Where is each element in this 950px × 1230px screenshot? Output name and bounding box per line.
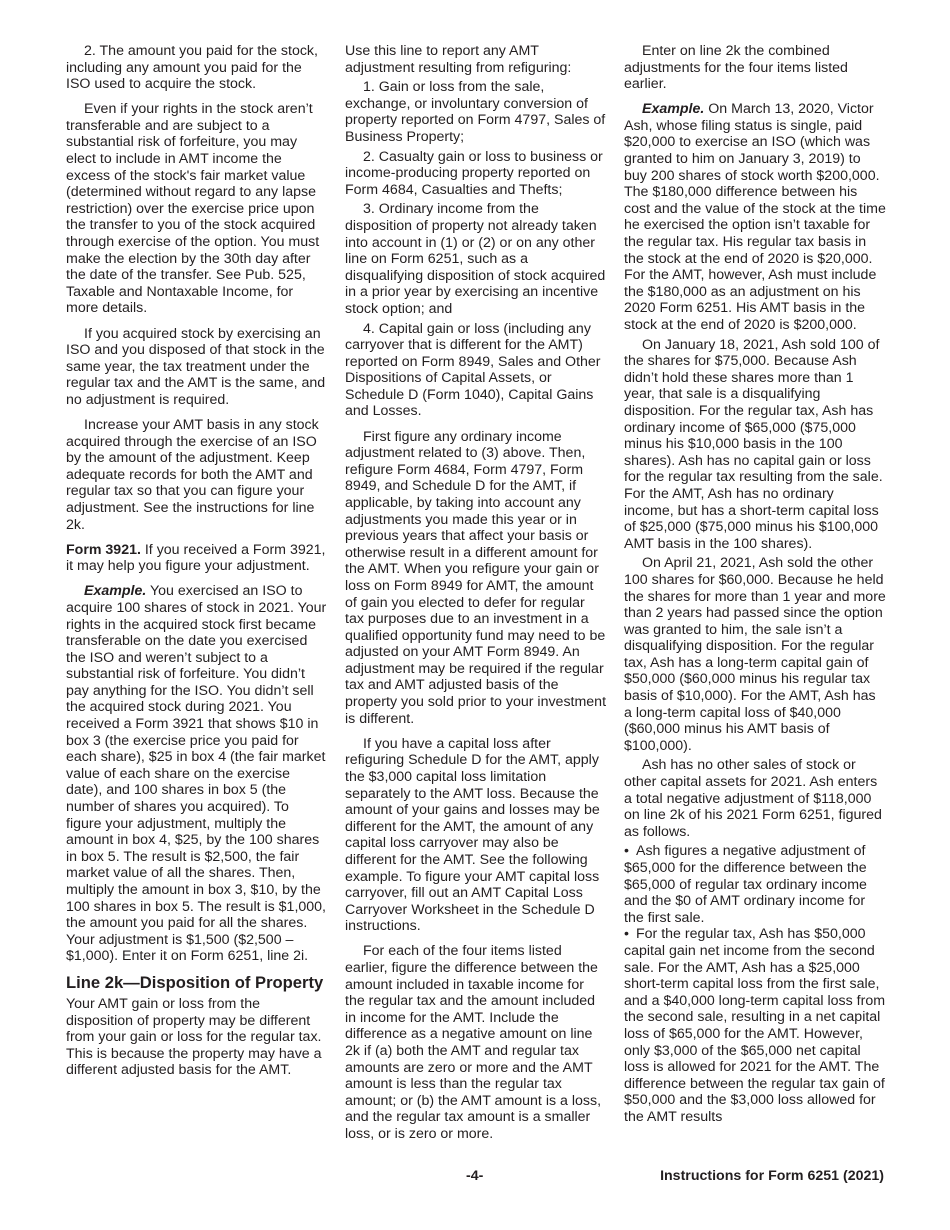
example-label: Example. bbox=[84, 583, 146, 599]
list-item-2: 2. Casualty gain or loss to business or … bbox=[345, 149, 607, 199]
list-item-3: 3. Ordinary income from the disposition … bbox=[345, 201, 607, 317]
bullet-item: •Ash figures a negative adjustment of $6… bbox=[624, 843, 886, 926]
page-number: -4- bbox=[466, 1168, 483, 1184]
paragraph-increase-basis: Increase your AMT basis in any stock acq… bbox=[66, 417, 328, 533]
section-heading-line-2k: Line 2k—Disposition of Property bbox=[66, 973, 328, 993]
form-3921-label: Form 3921. bbox=[66, 542, 141, 558]
example-text: You exercised an ISO to acquire 100 shar… bbox=[66, 583, 326, 964]
paragraph-no-other-sales: Ash has no other sales of stock or other… bbox=[624, 757, 886, 840]
column-1: 2. The amount you paid for the stock, in… bbox=[66, 43, 328, 1087]
paragraph-first-figure: First figure any ordinary income adjustm… bbox=[345, 429, 607, 728]
list-item-4: 4. Capital gain or loss (including any c… bbox=[345, 321, 607, 421]
paragraph-four-items: For each of the four items listed earlie… bbox=[345, 943, 607, 1142]
column-3: Enter on line 2k the combined adjustment… bbox=[624, 43, 886, 1126]
paragraph-enter-line-2k: Enter on line 2k the combined adjustment… bbox=[624, 43, 886, 93]
adjustment-bullet-list: •Ash figures a negative adjustment of $6… bbox=[624, 843, 886, 1125]
bullet-item: •For the regular tax, Ash has $50,000 ca… bbox=[624, 926, 886, 1125]
footer-title: Instructions for Form 6251 (2021) bbox=[660, 1168, 884, 1184]
paragraph-example-ash: Example. On March 13, 2020, Victor Ash, … bbox=[624, 101, 886, 333]
paragraph-form-3921: Form 3921. If you received a Form 3921, … bbox=[66, 542, 328, 575]
paragraph-capital-loss: If you have a capital loss after refigur… bbox=[345, 736, 607, 935]
list-item-1: 1. Gain or loss from the sale, exchange,… bbox=[345, 79, 607, 145]
bullet-icon: • bbox=[624, 843, 636, 860]
paragraph-same-year: If you acquired stock by exercising an I… bbox=[66, 326, 328, 409]
example-label: Example. bbox=[642, 101, 704, 117]
paragraph-january-sale: On January 18, 2021, Ash sold 100 of the… bbox=[624, 337, 886, 553]
example-text: On March 13, 2020, Victor Ash, whose fil… bbox=[624, 101, 886, 333]
bullet-icon: • bbox=[624, 926, 636, 943]
paragraph-use-this-line: Use this line to report any AMT adjustme… bbox=[345, 43, 607, 76]
paragraph-line-2k-intro: Your AMT gain or loss from the dispositi… bbox=[66, 996, 328, 1079]
paragraph-election: Even if your rights in the stock aren’t … bbox=[66, 101, 328, 317]
column-2: Use this line to report any AMT adjustme… bbox=[345, 43, 607, 1151]
paragraph-april-sale: On April 21, 2021, Ash sold the other 10… bbox=[624, 555, 886, 754]
paragraph-amount-paid: 2. The amount you paid for the stock, in… bbox=[66, 43, 328, 93]
paragraph-example-iso: Example. You exercised an ISO to acquire… bbox=[66, 583, 328, 965]
